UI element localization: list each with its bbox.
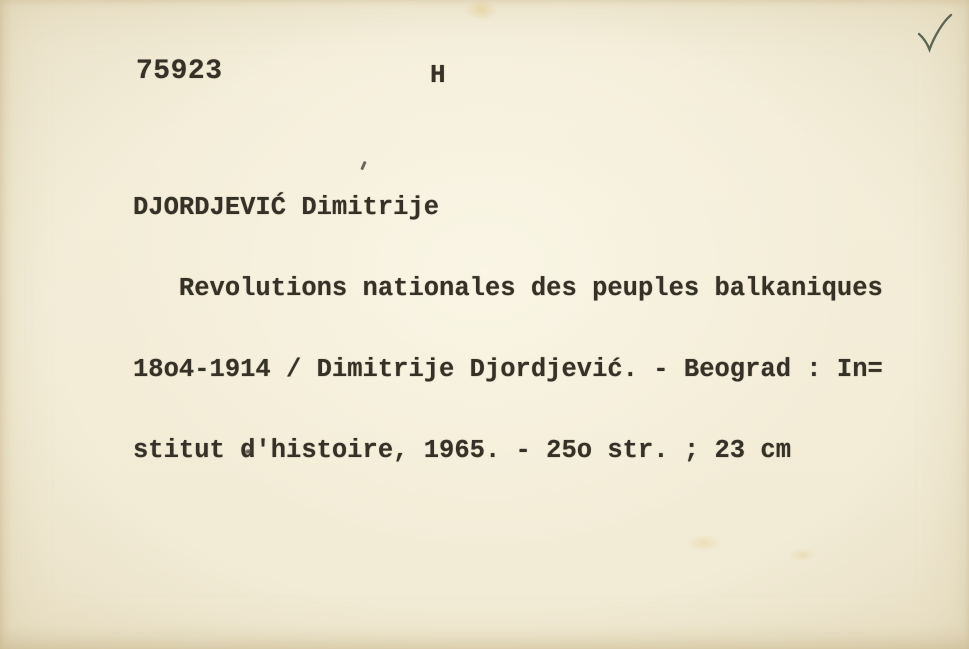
checkmark-icon (912, 12, 956, 58)
paper-stain (788, 548, 816, 562)
call-number: 75923 (136, 56, 223, 87)
paper-stain (464, 0, 498, 20)
entry-line-imprint: 18o4-1914 / Dimitrije Djordjević. - Beog… (133, 356, 883, 383)
catalog-entry: DJORDJEVIĆ Dimitrije Revolutions nationa… (133, 140, 883, 518)
checkmark-stroke (919, 15, 951, 50)
author-heading: DJORDJEVIĆ Dimitrije (133, 194, 883, 221)
entry-line-title: Revolutions nationales des peuples balka… (133, 275, 883, 302)
paper-stain (686, 534, 722, 552)
section-letter: H (430, 60, 446, 90)
catalog-card: 75923 H DJORDJEVIĆ Dimitrije Revolutions… (0, 0, 969, 649)
